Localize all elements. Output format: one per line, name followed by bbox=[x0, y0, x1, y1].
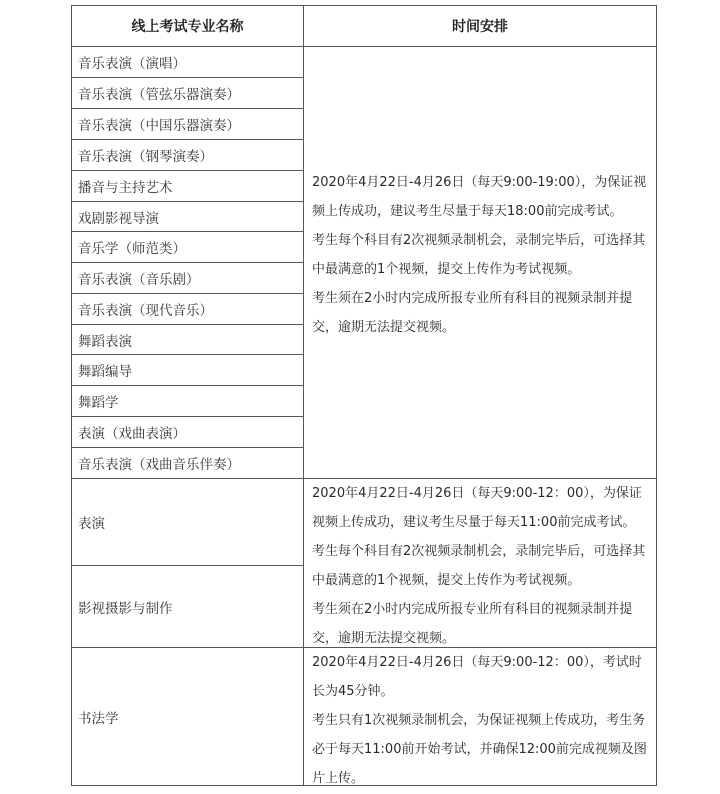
major-name: 音乐表演（中国乐器演奏） bbox=[78, 114, 240, 134]
header-schedule: 时间安排 bbox=[304, 6, 656, 47]
major-name: 舞蹈表演 bbox=[78, 330, 132, 350]
schedule-paragraph: 考生每个科目有2次视频录制机会，录制完毕后，可选择其中最满意的1个视频，提交上传… bbox=[312, 226, 650, 284]
major-name: 音乐表演（戏曲音乐伴奏） bbox=[78, 453, 240, 473]
schedule-paragraph: 考生须在2小时内完成所报专业所有科目的视频录制并提交，逾期无法提交视频。 bbox=[312, 284, 650, 342]
major-name: 戏剧影视导演 bbox=[78, 207, 159, 227]
major-row: 音乐表演（管弦乐器演奏） bbox=[72, 78, 304, 109]
major-row: 音乐学（师范类） bbox=[72, 232, 304, 263]
major-row: 音乐表演（现代音乐） bbox=[72, 294, 304, 325]
major-name: 书法学 bbox=[78, 707, 119, 727]
schedule-cell-group-2: 2020年4月22日-4月26日（每天9:00-12：00），为保证视频上传成功… bbox=[304, 479, 656, 648]
major-row: 音乐表演（戏曲音乐伴奏） bbox=[72, 448, 304, 479]
major-name: 舞蹈学 bbox=[78, 391, 119, 411]
major-row: 播音与主持艺术 bbox=[72, 171, 304, 202]
schedule-paragraph: 2020年4月22日-4月26日（每天9:00-12：00），考试时长为45分钟… bbox=[312, 648, 650, 706]
major-name: 影视摄影与制作 bbox=[78, 597, 173, 617]
header-major: 线上考试专业名称 bbox=[72, 6, 304, 47]
major-row: 音乐表演（中国乐器演奏） bbox=[72, 109, 304, 140]
header-schedule-label: 时间安排 bbox=[452, 16, 508, 36]
major-name: 音乐表演（管弦乐器演奏） bbox=[78, 83, 240, 103]
major-name: 表演 bbox=[78, 512, 105, 532]
schedule-paragraph: 考生每个科目有2次视频录制机会，录制完毕后，可选择其中最满意的1个视频，提交上传… bbox=[312, 537, 650, 595]
major-row: 音乐表演（演唱） bbox=[72, 47, 304, 78]
schedule-cell-group-1: 2020年4月22日-4月26日（每天9:00-19:00），为保证视频上传成功… bbox=[304, 47, 656, 479]
major-row: 舞蹈编导 bbox=[72, 355, 304, 386]
major-row: 戏剧影视导演 bbox=[72, 202, 304, 232]
schedule-cell-group-3: 2020年4月22日-4月26日（每天9:00-12：00），考试时长为45分钟… bbox=[304, 648, 656, 785]
major-name: 音乐表演（现代音乐） bbox=[78, 299, 213, 319]
major-name: 表演（戏曲表演） bbox=[78, 422, 186, 442]
major-name: 音乐学（师范类） bbox=[78, 237, 186, 257]
major-row: 书法学 bbox=[72, 648, 304, 785]
major-name: 音乐表演（演唱） bbox=[78, 52, 186, 72]
major-name: 播音与主持艺术 bbox=[78, 176, 173, 196]
major-name: 舞蹈编导 bbox=[78, 360, 132, 380]
schedule-paragraph: 考生须在2小时内完成所报专业所有科目的视频录制并提交，逾期无法提交视频。 bbox=[312, 595, 650, 653]
schedule-paragraph: 2020年4月22日-4月26日（每天9:00-19:00），为保证视频上传成功… bbox=[312, 168, 650, 226]
exam-schedule-table: 线上考试专业名称 时间安排 音乐表演（演唱） 音乐表演（管弦乐器演奏） 音乐表演… bbox=[71, 5, 657, 786]
schedule-paragraph: 2020年4月22日-4月26日（每天9:00-12：00），为保证视频上传成功… bbox=[312, 479, 650, 537]
schedule-paragraph: 考生只有1次视频录制机会，为保证视频上传成功，考生务必于每天11:00前开始考试… bbox=[312, 706, 650, 793]
header-major-label: 线上考试专业名称 bbox=[132, 16, 244, 36]
major-row: 影视摄影与制作 bbox=[72, 566, 304, 648]
major-row: 舞蹈学 bbox=[72, 386, 304, 417]
major-name: 音乐表演（音乐剧） bbox=[78, 268, 200, 288]
major-row: 音乐表演（音乐剧） bbox=[72, 263, 304, 294]
major-row: 舞蹈表演 bbox=[72, 325, 304, 355]
major-row: 表演 bbox=[72, 479, 304, 566]
major-name: 音乐表演（钢琴演奏） bbox=[78, 145, 213, 165]
major-row: 音乐表演（钢琴演奏） bbox=[72, 140, 304, 171]
major-row: 表演（戏曲表演） bbox=[72, 417, 304, 448]
